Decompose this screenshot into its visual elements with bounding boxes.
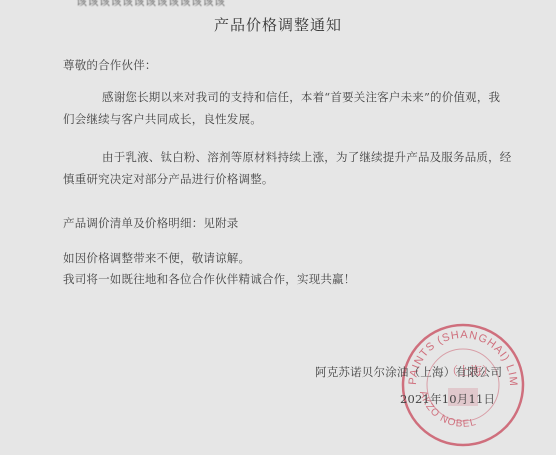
apology-text: 如因价格调整带来不便，敬请谅解。 [63,250,250,266]
company-seal-stamp: PAINTS (SHANGHAI) LIMITED AKZO NOBEL （上海… [398,320,528,450]
price-list-note: 产品调价清单及价格明细：见附录 [63,215,239,231]
paragraph-1-line-1: 感谢您长期以来对我司的支持和信任，本着“首要关注客户未来”的价值观，我 [102,89,500,105]
notice-document: 该该该该该该该该该该该该该 产品价格调整通知 尊敬的合作伙伴： 感谢您长期以来对… [0,0,556,455]
paragraph-2-line-2: 慎重研究决定对部分产品进行价格调整。 [63,171,274,187]
company-signature: 阿克苏诺贝尔涂油（上海）有限公司 [315,364,502,380]
paragraph-1-line-2: 们会继续与客户共同成长，良性发展。 [63,111,262,127]
cut-off-header-line: 该该该该该该该该该该该该该 [76,0,226,9]
closing-text: 我司将一如既往地和各位合作伙伴精诚合作，实现共赢！ [63,271,356,287]
signature-date: 2021年10月11日 [400,391,495,407]
greeting: 尊敬的合作伙伴： [63,57,157,73]
page-title: 产品价格调整通知 [0,14,556,35]
paragraph-2-line-1: 由于乳液、钛白粉、溶剂等原材料持续上涨，为了继续提升产品及服务品质，经 [102,149,512,165]
